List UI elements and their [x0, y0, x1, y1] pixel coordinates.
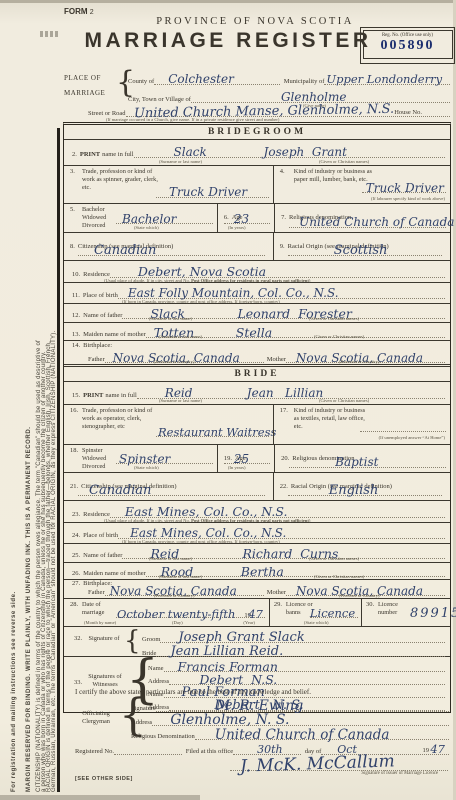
field-value-handwritten: East Folly Mountain, Col. Co., N.S.: [128, 287, 339, 299]
field-number: 2.: [72, 151, 77, 158]
field-number: 8.: [70, 243, 75, 250]
section-bride: BRIDE: [64, 364, 450, 382]
surname-hint: (Surname or last name): [159, 574, 202, 579]
field-value-handwritten: United Church of Canada: [299, 216, 454, 228]
clergy-label: Officiating Clergyman: [75, 710, 117, 726]
field-value-handwritten: Restaurant Waitress: [158, 427, 276, 439]
province-hint: (Province or Country): [154, 593, 195, 598]
field-number: 13.: [72, 331, 80, 338]
reg-number-label: Reg. No. (Office use only): [364, 31, 452, 38]
field-value-handwritten: Spinster: [119, 453, 170, 465]
field-label: Birthplace:: [83, 342, 112, 349]
field-value-handwritten: Truck Driver: [366, 182, 444, 194]
field-bride-religion: 20.Religious denomination Baptist: [274, 445, 450, 472]
clergy-signature: M. R. Ewing: [216, 699, 303, 713]
given-hint: (Given or Christian names): [319, 159, 369, 164]
field-licence-number: 30. Licence number 89915: [361, 599, 450, 626]
field-bride-residence: 23. Residence East Mines, Col. Co., N.S.…: [64, 501, 450, 523]
field-label: Spinster Widowed Divorced: [82, 447, 118, 471]
surname-hint: (Surname or last name): [159, 398, 202, 403]
field-bride-birthplace: 24. Place of birth East Mines, Col. Co.,…: [64, 523, 450, 544]
field-number: 26.: [72, 570, 80, 577]
groom-given-value: Joseph Grant: [264, 146, 347, 158]
field-bride-trade: 16. Trade, profession or kind of work as…: [64, 405, 273, 444]
field-licence-banns: 29. Licence or banns Licence (State whic…: [269, 599, 361, 626]
field-number: 18.: [70, 447, 78, 454]
place-of-label: PLACE OF: [64, 74, 101, 82]
field-label: Place of birth: [83, 292, 118, 299]
field-bride-trade-industry: 16. Trade, profession or kind of work as…: [64, 405, 450, 445]
field-label: Place of birth: [83, 532, 118, 539]
form-label: FORM 2: [64, 7, 94, 16]
clergy-block: Officiating Clergyman { Signature M. R. …: [75, 698, 449, 742]
field-value-handwritten: East Mines, Col. Co., N.S.: [125, 506, 288, 519]
bride-given-value: Jean Lillian: [247, 387, 323, 399]
day-hint: (Day): [172, 620, 183, 625]
field-label: Bachelor Widowed Divorced: [82, 206, 118, 230]
field-label: Maiden name of mother: [83, 570, 146, 577]
field-number: 3.: [70, 168, 75, 175]
clergy-sig-label: Signature: [131, 705, 156, 712]
mother-label: Mother: [267, 589, 286, 596]
field-number: 17.: [280, 407, 288, 414]
field-groom-residence: 10. Residence Debert, Nova Scotia (Usual…: [64, 261, 450, 283]
groom-surname-value: Slack: [174, 146, 207, 158]
field-groom-racial: 9.Racial Origin (see marginal definition…: [273, 233, 450, 260]
given-hint: (Given or Christian names): [314, 334, 364, 339]
field-groom-name: 2. PRINT name in full Slack Joseph Grant…: [64, 140, 450, 166]
field-number: 5.: [70, 206, 75, 213]
see-other-side-note: [SEE OTHER SIDE]: [75, 776, 133, 782]
field-groom-age: 6.Age 23 (In years): [217, 204, 274, 232]
municipality-label: Municipality of: [284, 78, 325, 85]
field-hint: (If unemployed answer “At Home”): [379, 435, 445, 440]
field-value-handwritten: Scottish: [334, 244, 388, 257]
filed-label: Filed at this office: [186, 748, 233, 755]
house-no-label: House No.: [394, 109, 422, 116]
marriage-register-document: For registration and mailing instruction…: [0, 0, 456, 800]
field-number: 19.: [224, 455, 232, 462]
field-label: Licence number: [378, 601, 410, 617]
margin-note-binding: MARGIN RESERVED FOR BINDING. WRITE PLAIN…: [26, 426, 32, 792]
field-bride-father: 25. Name of father Reid Richard Curns (S…: [64, 544, 450, 563]
field-label: Residence: [83, 511, 110, 518]
field-value-handwritten: Baptist: [335, 456, 378, 468]
field-label: Kind of industry or business as paper mi…: [294, 168, 374, 184]
form-label-text: FORM: [64, 7, 88, 16]
field-marriage-date-licence: 28. Date of marriage October twenty-fift…: [64, 599, 450, 627]
province-heading: PROVINCE OF NOVA SCOTIA: [60, 16, 450, 27]
field-groom-industry: 4. Kind of industry or business as paper…: [273, 166, 450, 203]
field-groom-citizenship-racial: 8.Citizenship (see marginal definition) …: [64, 233, 450, 261]
field-marriage-date: 28. Date of marriage October twenty-fift…: [64, 599, 269, 626]
field-value-handwritten: East Mines, Col. Co., N.S.: [130, 527, 286, 539]
street-label: Street or Road: [88, 110, 126, 117]
field-hint: (In years): [228, 225, 246, 230]
field-groom-parents-birthplace: 14. Birthplace: Father Nova Scotia, Cana…: [64, 341, 450, 365]
clergy-address: Glenholme, N. S.: [170, 713, 289, 727]
field-number: 12.: [72, 312, 80, 319]
field-value-handwritten: Debert, Nova Scotia: [138, 266, 266, 279]
field-groom-status: 5. Bachelor Widowed Divorced Bachelor (S…: [64, 204, 217, 232]
field-label: name in full: [102, 151, 133, 158]
certify-statement: I certify the above stated particulars a…: [75, 688, 311, 696]
field-bride-racial: 22.Racial Origin (see marginal definitio…: [273, 473, 450, 500]
field-number: 4.: [280, 168, 285, 175]
field-value-handwritten: Canadian: [89, 484, 151, 497]
field-hint: (State which): [134, 465, 159, 470]
field-label: Trade, profession or kind of work as spi…: [82, 168, 160, 192]
field-number: 25.: [72, 552, 80, 559]
field-bride-industry: 17. Kind of industry or business as text…: [273, 405, 450, 444]
field-number: 10.: [72, 271, 80, 278]
margin-note-instructions: For registration and mailing instruction…: [11, 591, 17, 792]
field-number: 20.: [281, 455, 289, 462]
field-number: 27.: [72, 580, 80, 587]
reg-number-box: Reg. No. (Office use only) 005890: [360, 27, 455, 64]
field-label: Name of father: [83, 312, 122, 319]
field-groom-status-age-religion: 5. Bachelor Widowed Divorced Bachelor (S…: [64, 204, 450, 233]
field-number: 14.: [72, 342, 80, 349]
page-title: MARRIAGE REGISTER: [78, 29, 378, 53]
given-hint: (Given or Christian names): [319, 398, 369, 403]
field-label: name in full: [105, 392, 136, 399]
field-number: 15.: [72, 392, 80, 399]
county-label: County of: [128, 78, 154, 85]
field-value-handwritten: 23: [234, 213, 249, 225]
field-hint: (If labourer specify kind of work above): [371, 196, 445, 201]
clergy-address-label: Address: [131, 719, 152, 726]
scan-edge-bottom: [0, 795, 200, 800]
field-groom-mother: 13. Maiden name of mother Totten Stella …: [64, 323, 450, 341]
field-groom-trade-industry: 3. Trade, profession or kind of work as …: [64, 166, 450, 204]
field-groom-religion: 7.Religious denomination United Church o…: [274, 204, 450, 232]
field-number: 21.: [70, 483, 78, 490]
field-bride-parents-birthplace: 27. Birthplace: Father Nova Scotia, Cana…: [64, 580, 450, 599]
field-number: 29.: [274, 601, 282, 608]
field-groom-father: 12. Name of father Slack Leonard Foreste…: [64, 304, 450, 323]
field-label-bold: PRINT: [80, 151, 100, 158]
field-label: Date of marriage: [82, 601, 120, 617]
register-table: BRIDEGROOM 2. PRINT name in full Slack J…: [63, 122, 451, 713]
field-groom-citizenship: 8.Citizenship (see marginal definition) …: [64, 233, 273, 260]
registered-no-label: Registered No.: [75, 748, 114, 755]
street-line: Street or Road United Church Manse, Glen…: [88, 102, 450, 122]
given-value: Bertha: [241, 566, 284, 579]
field-hint: (In years): [228, 465, 246, 470]
field-label: Kind of industry or business as textiles…: [294, 407, 366, 431]
field-value-handwritten: Truck Driver: [169, 186, 247, 198]
field-label: Name of father: [83, 552, 122, 559]
field-hint: (State which): [304, 620, 329, 625]
field-number: 9.: [280, 243, 285, 250]
smudge-artifact: [40, 31, 60, 37]
field-bride-name: 15. PRINT name in full Reid Jean Lillian…: [64, 382, 450, 405]
given-hint: (Given or Christian names): [309, 316, 359, 321]
registered-no-blank: [114, 742, 182, 755]
surname-hint: (Surname or last name): [159, 334, 202, 339]
field-number: 6.: [224, 214, 229, 221]
field-signatures: 32. Signature of { Groom Joseph Grant Sl…: [64, 627, 450, 657]
month-hint: (Month by name): [84, 620, 116, 625]
surname-hint: (Surname or last name): [149, 316, 192, 321]
field-label: Signature of: [86, 635, 122, 643]
mother-label: Mother: [267, 356, 286, 363]
given-hint: (Given or Christian names): [314, 574, 364, 579]
field-label: Signatures of Witnesses: [84, 673, 126, 689]
field-bride-age: 19.Age 25 (In years): [217, 445, 274, 472]
field-value-handwritten: Canadian: [94, 244, 156, 257]
field-groom-birthplace: 11. Place of birth East Folly Mountain, …: [64, 283, 450, 304]
scan-edge-top: [0, 0, 456, 3]
field-bride-citizenship: 21.Citizenship (see marginal definition)…: [64, 473, 273, 500]
field-label: Maiden name of mother: [83, 331, 146, 338]
field-number: 33.: [74, 679, 82, 686]
field-value-handwritten: Licence: [310, 608, 355, 620]
marriage-label: MARRIAGE: [64, 89, 105, 97]
field-number: 7.: [281, 214, 286, 221]
field-label-bold: PRINT: [83, 392, 103, 399]
field-value-handwritten: 25: [234, 453, 249, 465]
field-value-handwritten: 89915: [410, 607, 456, 620]
section-bridegroom: BRIDEGROOM: [64, 125, 450, 140]
field-number: 16.: [70, 407, 78, 414]
write-line: [360, 430, 446, 432]
field-number: 32.: [74, 635, 82, 642]
field-bride-citizenship-racial: 21.Citizenship (see marginal definition)…: [64, 473, 450, 501]
field-value-handwritten: Bachelor: [122, 213, 176, 225]
surname-hint: (Surname or last name): [149, 556, 192, 561]
field-bride-status-age-religion: 18. Spinster Widowed Divorced Spinster (…: [64, 445, 450, 473]
year-hint: (Year): [243, 620, 255, 625]
father-label: Father: [88, 356, 105, 363]
county-line: County of Colchester Municipality of Upp…: [128, 70, 450, 85]
surname-hint: (Surname or last name): [159, 159, 202, 164]
field-number: 30.: [366, 601, 374, 608]
field-number: 24.: [72, 532, 80, 539]
province-hint: (Province or Country): [339, 593, 380, 598]
county-value: Colchester: [168, 73, 234, 85]
field-label: Residence: [83, 271, 110, 278]
field-groom-trade: 3. Trade, profession or kind of work as …: [64, 166, 273, 203]
field-number: 22.: [280, 483, 288, 490]
field-bride-status: 18. Spinster Widowed Divorced Spinster (…: [64, 445, 217, 472]
field-number: 28.: [70, 601, 78, 608]
reg-number-value: 005890: [364, 38, 452, 54]
field-number: 11.: [72, 292, 80, 299]
date-value-handwritten: October twenty-fifth: [117, 609, 235, 621]
year-value-handwritten: 47: [248, 609, 263, 621]
field-hint: (State which): [134, 225, 159, 230]
field-label: Trade, profession or kind of work as ope…: [82, 407, 164, 431]
form-number: 2: [90, 9, 94, 16]
binding-margin-rule: [57, 128, 60, 792]
given-hint: (Given or Christian names): [309, 556, 359, 561]
father-label: Father: [88, 589, 105, 596]
clergy-denomination-label: Religious Denomination: [131, 733, 195, 740]
clergy-denomination: United Church of Canada: [215, 729, 390, 743]
given-value: Stella: [236, 327, 272, 340]
field-value-handwritten: English: [329, 484, 379, 497]
municipality-value: Upper Londonderry: [326, 74, 442, 86]
field-bride-mother: 26. Maiden name of mother Rood Bertha (S…: [64, 563, 450, 580]
field-number: 23.: [72, 511, 80, 518]
issuer-block: J. McK. McCallum Signature of Issuer of …: [230, 752, 448, 776]
